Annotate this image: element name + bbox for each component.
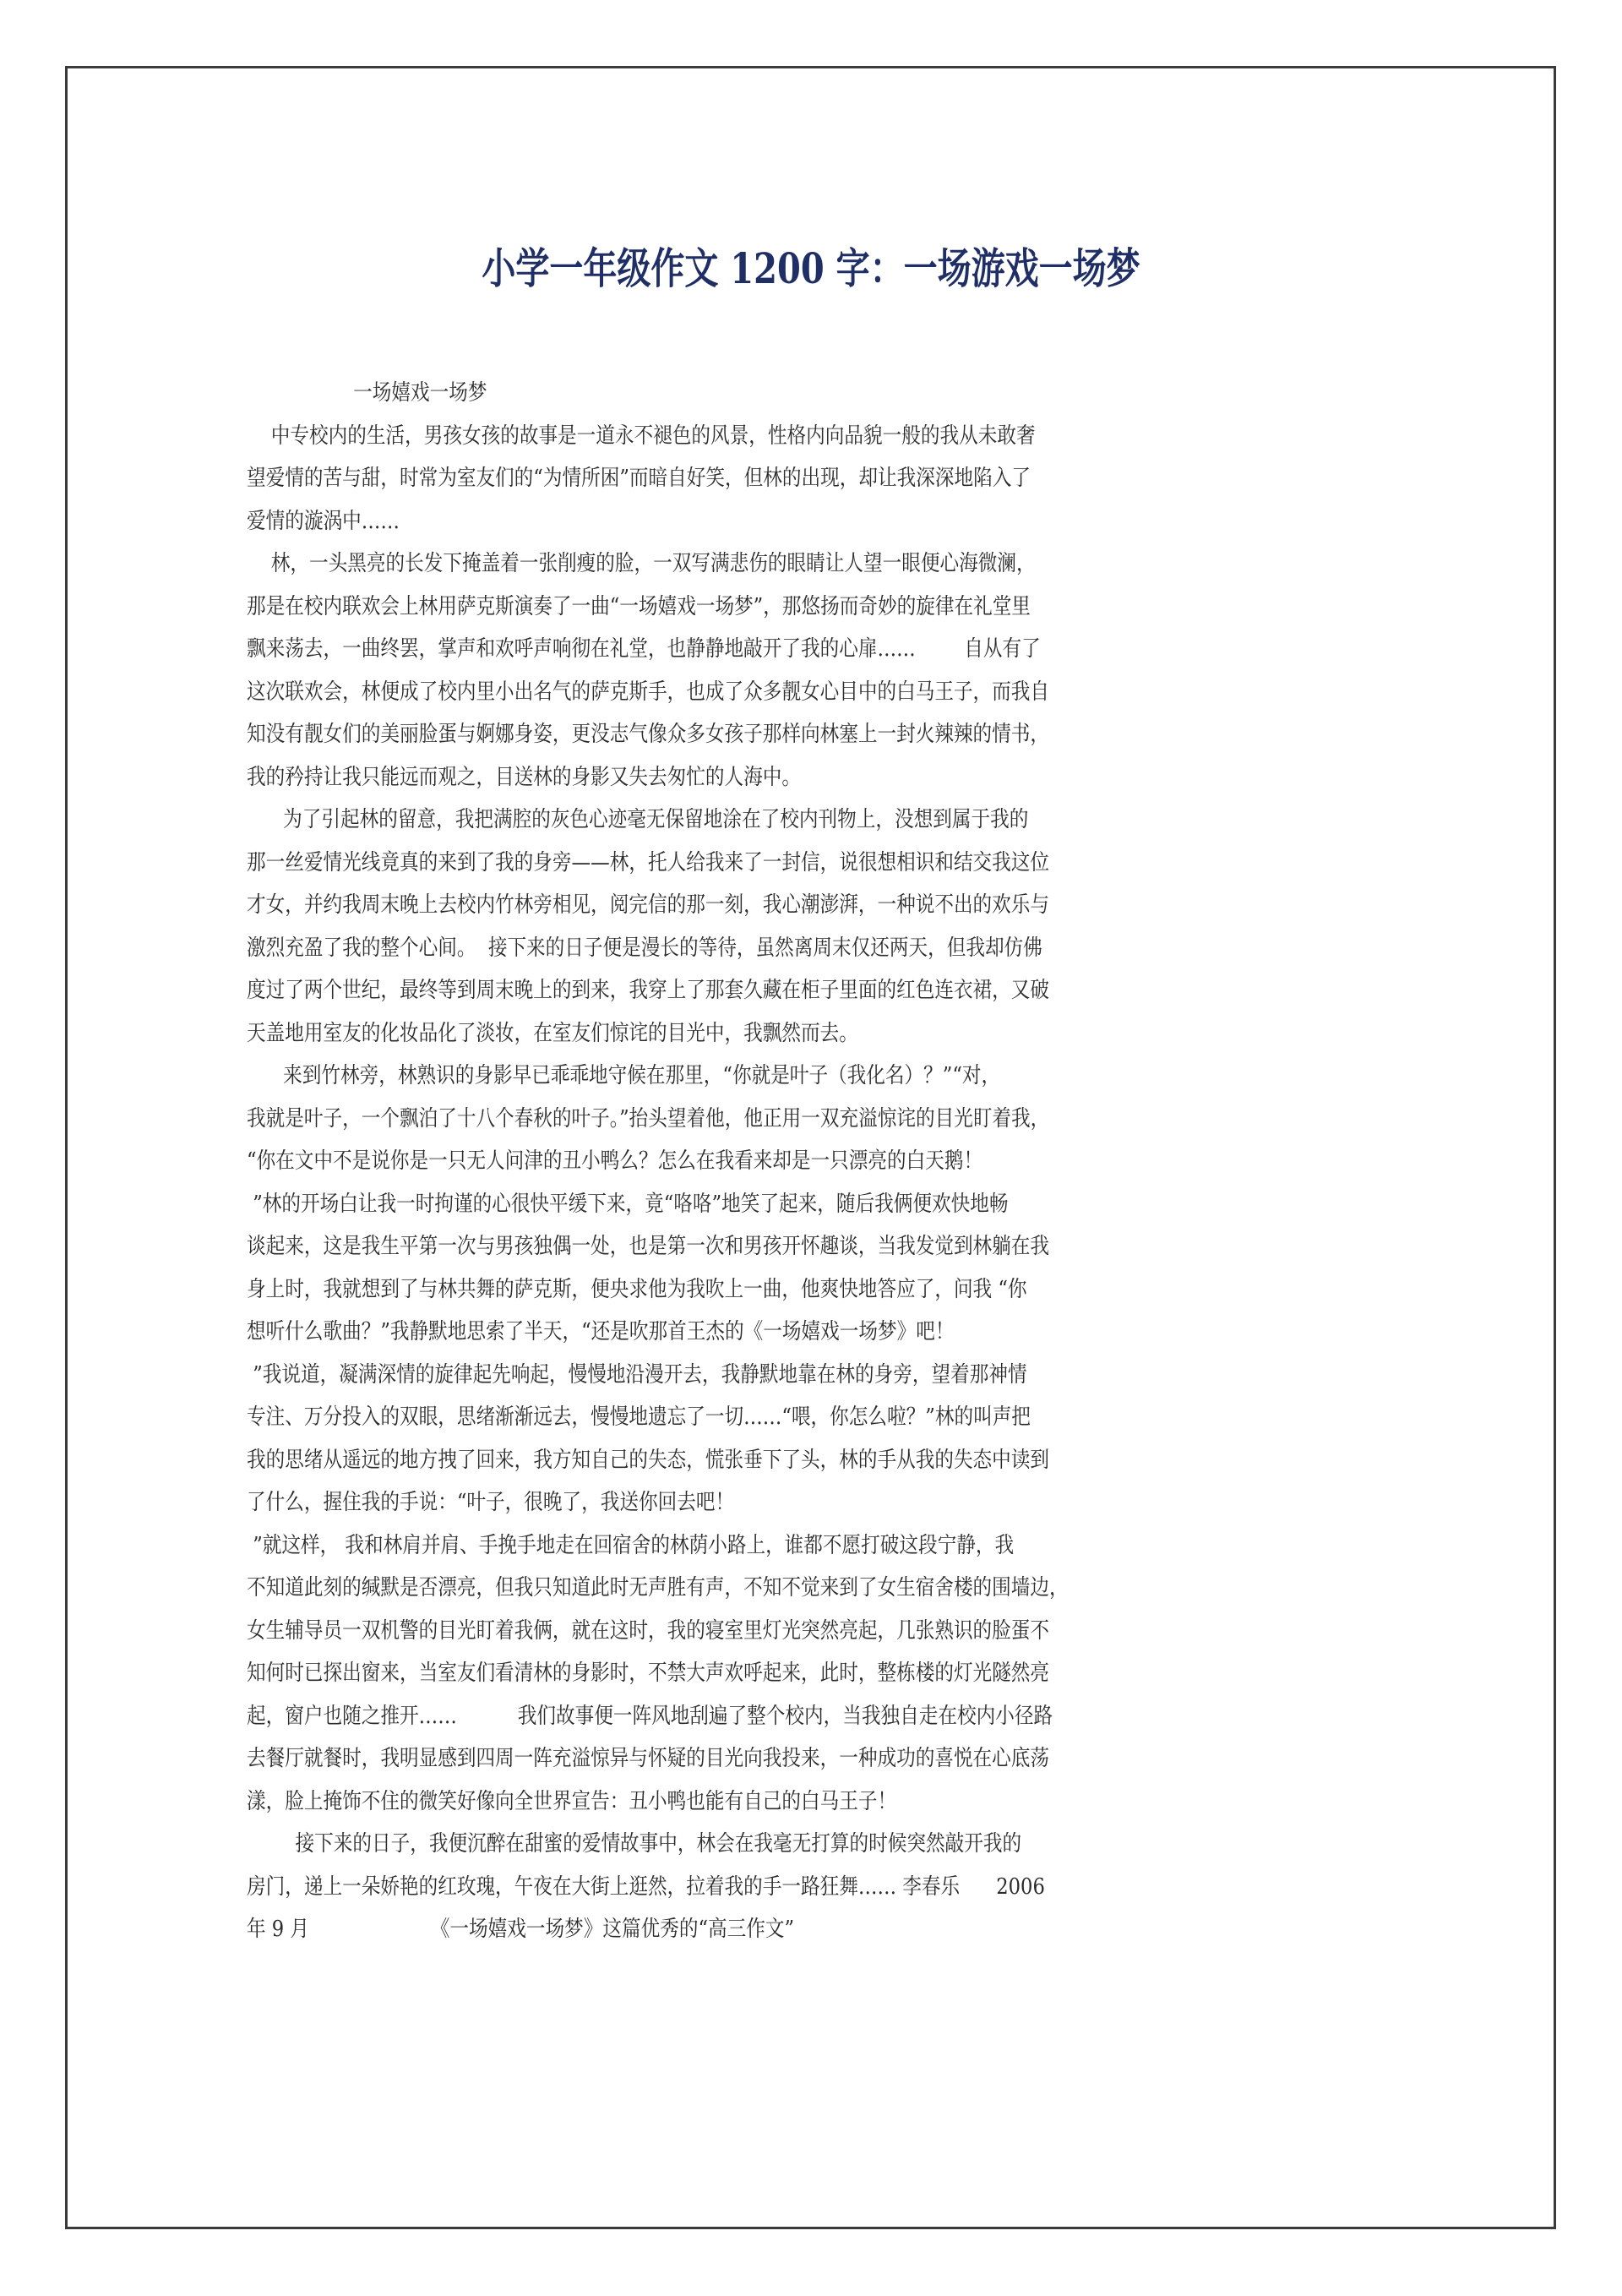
text-line: 我就是叶子，一个飘泊了十八个春秋的叶子。”抬头望着他，他正用一双充溢惊诧的目光盯… <box>247 1098 1246 1141</box>
text-line: 林，一头黑亮的长发下掩盖着一张削瘦的脸，一双写满悲伤的眼睛让人望一眼便心海微澜， <box>247 543 1246 586</box>
essay-subtitle: 一场嬉戏一场梦 <box>247 372 1246 415</box>
text-line: “你在文中不是说你是一只无人问津的丑小鸭么？怎么在我看来却是一只漂亮的白天鹅！ <box>247 1140 1246 1183</box>
text-line: 房门，递上一朵娇艳的红玫瑰，午夜在大街上逛然，拉着我的手一路狂舞…… 李春乐 2… <box>247 1866 1246 1909</box>
text-line: 专注、万分投入的双眼，思绪渐渐远去，慢慢地遗忘了一切……“喂，你怎么啦？”林的叫… <box>247 1396 1246 1439</box>
text-line: 这次联欢会，林便成了校内里小出名气的萨克斯手，也成了众多靓女心目中的白马王子，而… <box>247 671 1246 714</box>
signature-line: 年 9 月 《一场嬉戏一场梦》这篇优秀的“高三作文” <box>247 1908 1246 1951</box>
text-line: 为了引起林的留意，我把满腔的灰色心迹毫无保留地涂在了校内刊物上，没想到属于我的 <box>247 799 1246 842</box>
document-title: 小学一年级作文 1200 字：一场游戏一场梦 <box>162 235 1460 296</box>
text-line: 望爱情的苦与甜，时常为室友们的“为情所困”而暗自好笑，但林的出现，却让我深深地陷… <box>247 457 1246 500</box>
text-line: 不知道此刻的缄默是否漂亮，但我只知道此时无声胜有声，不知不觉来到了女生宿舍楼的围… <box>247 1567 1246 1610</box>
text-line: 接下来的日子，我便沉醉在甜蜜的爱情故事中，林会在我毫无打算的时候突然敲开我的 <box>247 1823 1246 1866</box>
text-line: 那一丝爱情光线竟真的来到了我的身旁——林，托人给我来了一封信，说很想相识和结交我… <box>247 842 1246 885</box>
text-line: 激烈充盈了我的整个心间。 接下来的日子便是漫长的等待，虽然离周末仅还两天，但我却… <box>247 927 1246 970</box>
text-line: 中专校内的生活，男孩女孩的故事是一道永不褪色的风景，性格内向品貌一般的我从未敢奢 <box>247 415 1246 458</box>
text-line: 我的思绪从遥远的地方拽了回来，我方知自己的失态，慌张垂下了头，林的手从我的失态中… <box>247 1439 1246 1482</box>
text-line: 才女，并约我周末晚上去校内竹林旁相见，阅完信的那一刻，我心潮澎湃，一种说不出的欢… <box>247 884 1246 927</box>
text-line: 起，窗户也随之推开…… 我们故事便一阵风地刮遍了整个校内，当我独自走在校内小径路 <box>247 1695 1246 1738</box>
text-line: 去餐厅就餐时，我明显感到四周一阵充溢惊异与怀疑的目光向我投来，一种成功的喜悦在心… <box>247 1737 1246 1781</box>
text-line: 谈起来，这是我生平第一次与男孩独偶一处，也是第一次和男孩开怀趣谈，当我发觉到林躺… <box>247 1225 1246 1268</box>
text-line: 爱情的漩涡中…… <box>247 500 1246 543</box>
text-line: 知何时已探出窗来，当室友们看清林的身影时，不禁大声欢呼起来，此时，整栋楼的灯光隧… <box>247 1652 1246 1695</box>
text-line: 身上时，我就想到了与林共舞的萨克斯，便央求他为我吹上一曲，他爽快地答应了，问我 … <box>247 1268 1246 1312</box>
text-line: 了什么，握住我的手说：“叶子，很晚了，我送你回去吧！ <box>247 1481 1246 1524</box>
text-line: ”林的开场白让我一时拘谨的心很快平缓下来，竟“咯咯”地笑了起来，随后我俩便欢快地… <box>247 1183 1246 1226</box>
text-line: 天盖地用室友的化妆品化了淡妆，在室友们惊诧的目光中，我飘然而去。 <box>247 1012 1246 1055</box>
text-line: 知没有靓女们的美丽脸蛋与婀娜身姿，更没志气像众多女孩子那样向林塞上一封火辣辣的情… <box>247 713 1246 756</box>
text-line: 飘来荡去，一曲终罢，掌声和欢呼声响彻在礼堂，也静静地敲开了我的心扉…… 自从有了 <box>247 628 1246 671</box>
text-line: 漾，脸上掩饰不住的微笑好像向全世界宣告：丑小鸭也能有自己的白马王子！ <box>247 1781 1246 1824</box>
text-line: 那是在校内联欢会上林用萨克斯演奏了一曲“一场嬉戏一场梦”，那悠扬而奇妙的旋律在礼… <box>247 586 1246 629</box>
text-line: 度过了两个世纪，最终等到周末晚上的到来，我穿上了那套久藏在柜子里面的红色连衣裙，… <box>247 969 1246 1012</box>
text-line: 想听什么歌曲？”我静默地思索了半天，“还是吹那首王杰的《一场嬉戏一场梦》吧！ <box>247 1311 1246 1354</box>
document-body: 一场嬉戏一场梦 中专校内的生活，男孩女孩的故事是一道永不褪色的风景，性格内向品貌… <box>247 372 1396 1951</box>
text-line: 来到竹林旁，林熟识的身影早已乖乖地守候在那里，“你就是叶子（我化名）？”“对， <box>247 1055 1246 1098</box>
text-line: 女生辅导员一双机警的目光盯着我俩，就在这时，我的寝室里灯光突然亮起，几张熟识的脸… <box>247 1610 1246 1653</box>
text-line: 我的矜持让我只能远而观之，目送林的身影又失去匆忙的人海中。 <box>247 756 1246 799</box>
text-line: ”就这样， 我和林肩并肩、手挽手地走在回宿舍的林荫小路上，谁都不愿打破这段宁静，… <box>247 1524 1246 1568</box>
text-line: ”我说道，凝满深情的旋律起先响起，慢慢地沿漫开去，我静默地靠在林的身旁，望着那神… <box>247 1354 1246 1397</box>
